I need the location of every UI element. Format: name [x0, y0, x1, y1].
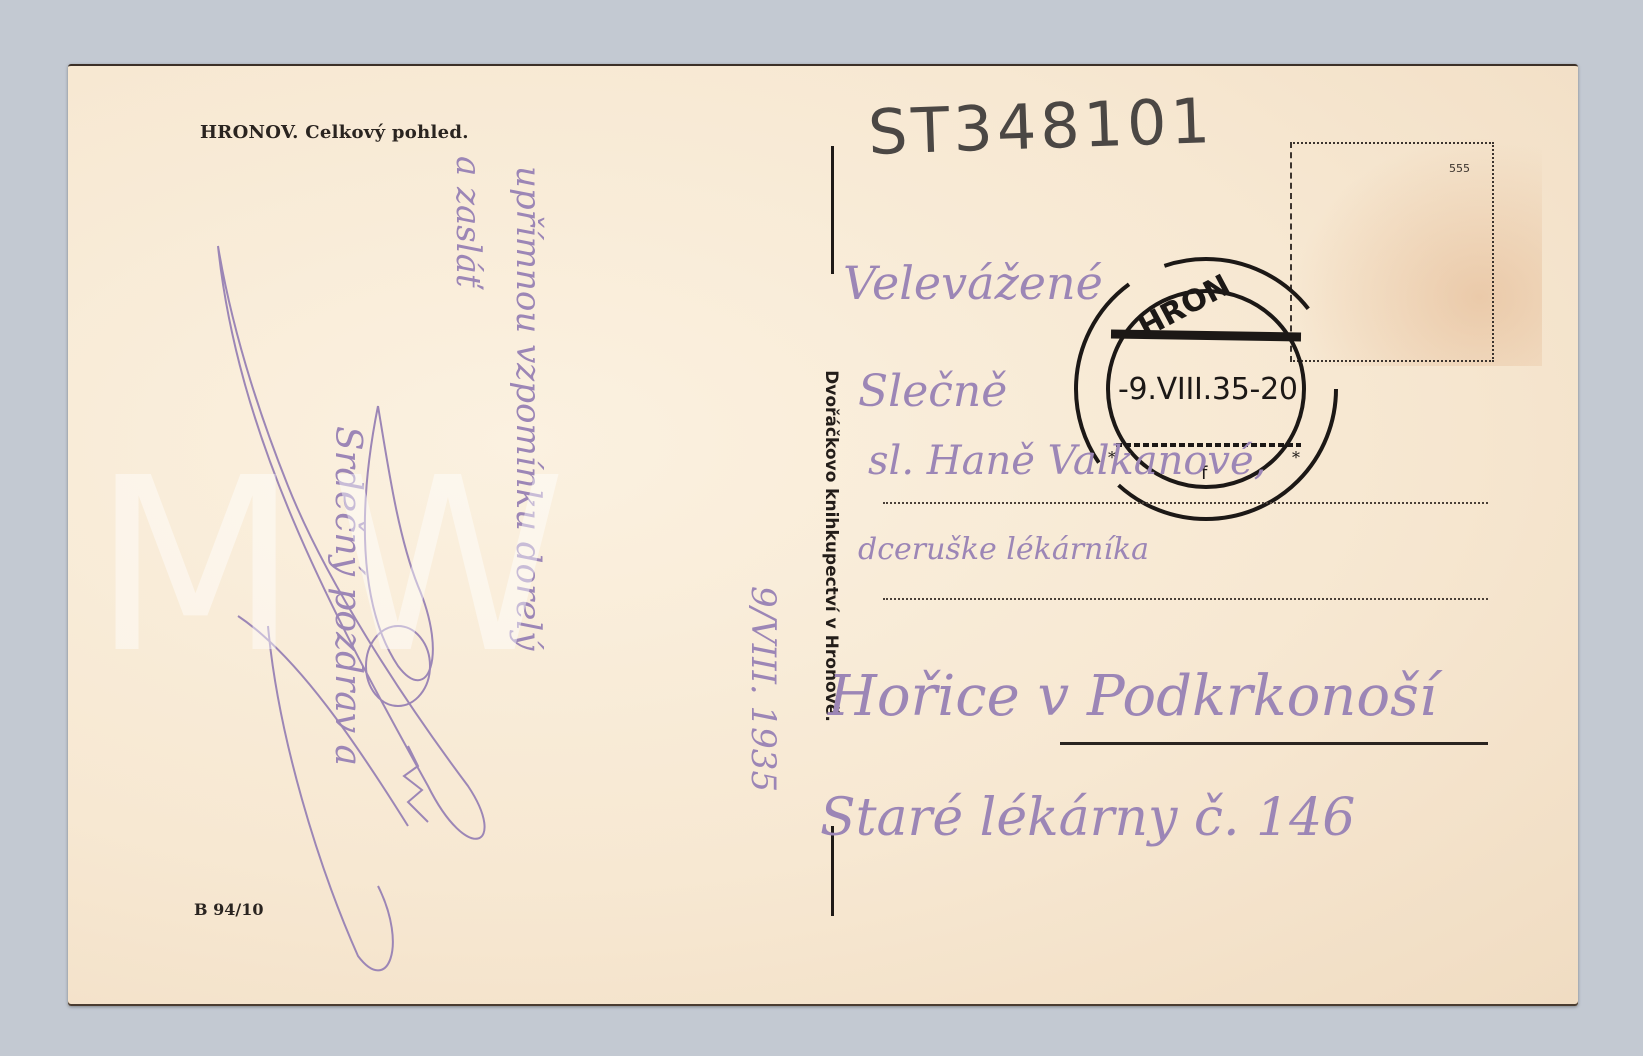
printed-title: HRONOV. Celkový pohled.	[200, 122, 469, 143]
stamp-box-number: 555	[1449, 162, 1470, 175]
divider-top-segment	[831, 146, 834, 274]
signature	[208, 186, 538, 986]
address-salutation: Velevážené	[843, 256, 1103, 310]
postmark-date: -9.VIII.35-20	[1118, 372, 1298, 407]
address-descriptor: dceruške lékárníka	[858, 532, 1149, 567]
inventory-number: ST348101	[867, 84, 1215, 169]
address-town: Hořice v Podkrkonoší	[828, 664, 1437, 729]
svg-text:*: *	[1292, 448, 1300, 467]
postcard-back: HRONOV. Celkový pohled. B 94/10 Dvořáčko…	[68, 64, 1578, 1006]
message-date: 9/VIII. 1935	[743, 586, 783, 792]
address-line-2	[883, 598, 1488, 600]
address-name: sl. Haně Valkanové,	[868, 438, 1266, 484]
address-line-1	[883, 502, 1488, 504]
address-street: Staré lékárny č. 146	[820, 788, 1355, 848]
address-title: Slečně	[858, 366, 1007, 417]
address-line-3	[1060, 742, 1488, 745]
